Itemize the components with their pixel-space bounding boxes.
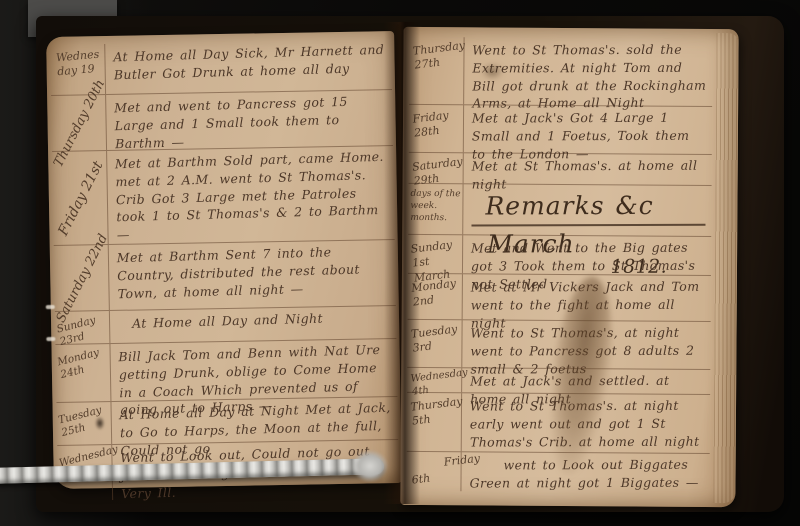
date-cell: Saturday 22nd <box>54 245 110 311</box>
diary-row: Monday 24th Bill Jack Tom and Benn with … <box>55 339 397 403</box>
entry-cell: At Home all Day Sick, Mr Harnett and But… <box>105 39 392 94</box>
entry-cell: Met at Barthm Sold part, came Home. met … <box>107 146 395 244</box>
diary-photo: Wednes day 19 At Home all Day Sick, Mr H… <box>0 0 800 526</box>
diary-row: Saturday 29th Met at St Thomas's. at hom… <box>409 153 712 186</box>
remarks-header: Remarks &cMarch 1812. <box>463 184 711 236</box>
diary-row: Sunday 1st March Met and Went to the Big… <box>408 235 711 276</box>
entry-text: At Home all Day Sick, Mr Harnett and But… <box>113 41 386 84</box>
entry-cell: Bill Jack Tom and Benn with Nat Ure gett… <box>110 339 397 401</box>
left-page-table: Wednes day 19 At Home all Day Sick, Mr H… <box>50 39 399 501</box>
entry-text: Met at Barthm Sold part, came Home. met … <box>115 148 389 244</box>
remarks-row: days of the week. months. Remarks &cMarc… <box>408 184 711 237</box>
diary-row: Monday 2nd Met at Mr Vickers Jack and To… <box>408 274 711 322</box>
remarks-title: Remarks &c <box>471 188 705 226</box>
book-gutter <box>384 22 420 504</box>
diary-row: Friday 28th Met at Jack's Got 4 Large 1 … <box>409 105 712 155</box>
entry-cell: Met at Barthm Sent 7 into the Country, d… <box>109 240 396 310</box>
diary-row: Thursday 20th Met and went to Pancress g… <box>51 90 393 152</box>
bead-weight-end <box>352 450 388 482</box>
entry-cell: Met and went to Pancress got 15 Large an… <box>106 90 393 150</box>
diary-row: Saturday 22nd Met at Barthm Sent 7 into … <box>54 240 396 312</box>
diary-row: Tuesday 25th At Home all Day at Night Me… <box>56 397 398 446</box>
left-page: Wednes day 19 At Home all Day Sick, Mr H… <box>46 31 402 489</box>
date-cell: Thursday 20th <box>51 95 107 151</box>
date-label: Monday 24th <box>53 338 113 382</box>
entry-cell: Met at St Thomas's. at home all night <box>464 153 712 185</box>
binding-stitch <box>46 337 55 341</box>
entry-cell: Met and Went to the Big gates got 3 Took… <box>463 235 711 275</box>
diary-row: Thursday 27th Went to St Thomas's. sold … <box>409 37 712 107</box>
entry-text: went to Look out Biggates Green at night… <box>469 456 703 492</box>
ink-stain <box>95 416 105 430</box>
entry-text: Met at Barthm Sent 7 into the Country, d… <box>117 242 390 303</box>
entry-cell: Met at Jack's Got 4 Large 1 Small and 1 … <box>464 105 712 154</box>
entry-cell: At Home all Day and Night <box>110 306 397 343</box>
binding-stitch <box>46 305 55 309</box>
right-page: Thursday 27th Went to St Thomas's. sold … <box>400 27 738 507</box>
date-label: Tuesday 25th <box>54 396 114 440</box>
date-cell: Monday 24th <box>55 344 111 402</box>
entry-text: Met at Jack's Got 4 Large 1 Small and 1 … <box>472 109 706 163</box>
entry-text: Met and went to Pancress got 15 Large an… <box>114 92 387 153</box>
ink-stain <box>481 63 503 79</box>
entry-text: Went to St Thomas's. sold the Extremitie… <box>472 41 706 113</box>
entry-text: At Home all Day and Night <box>118 308 390 333</box>
